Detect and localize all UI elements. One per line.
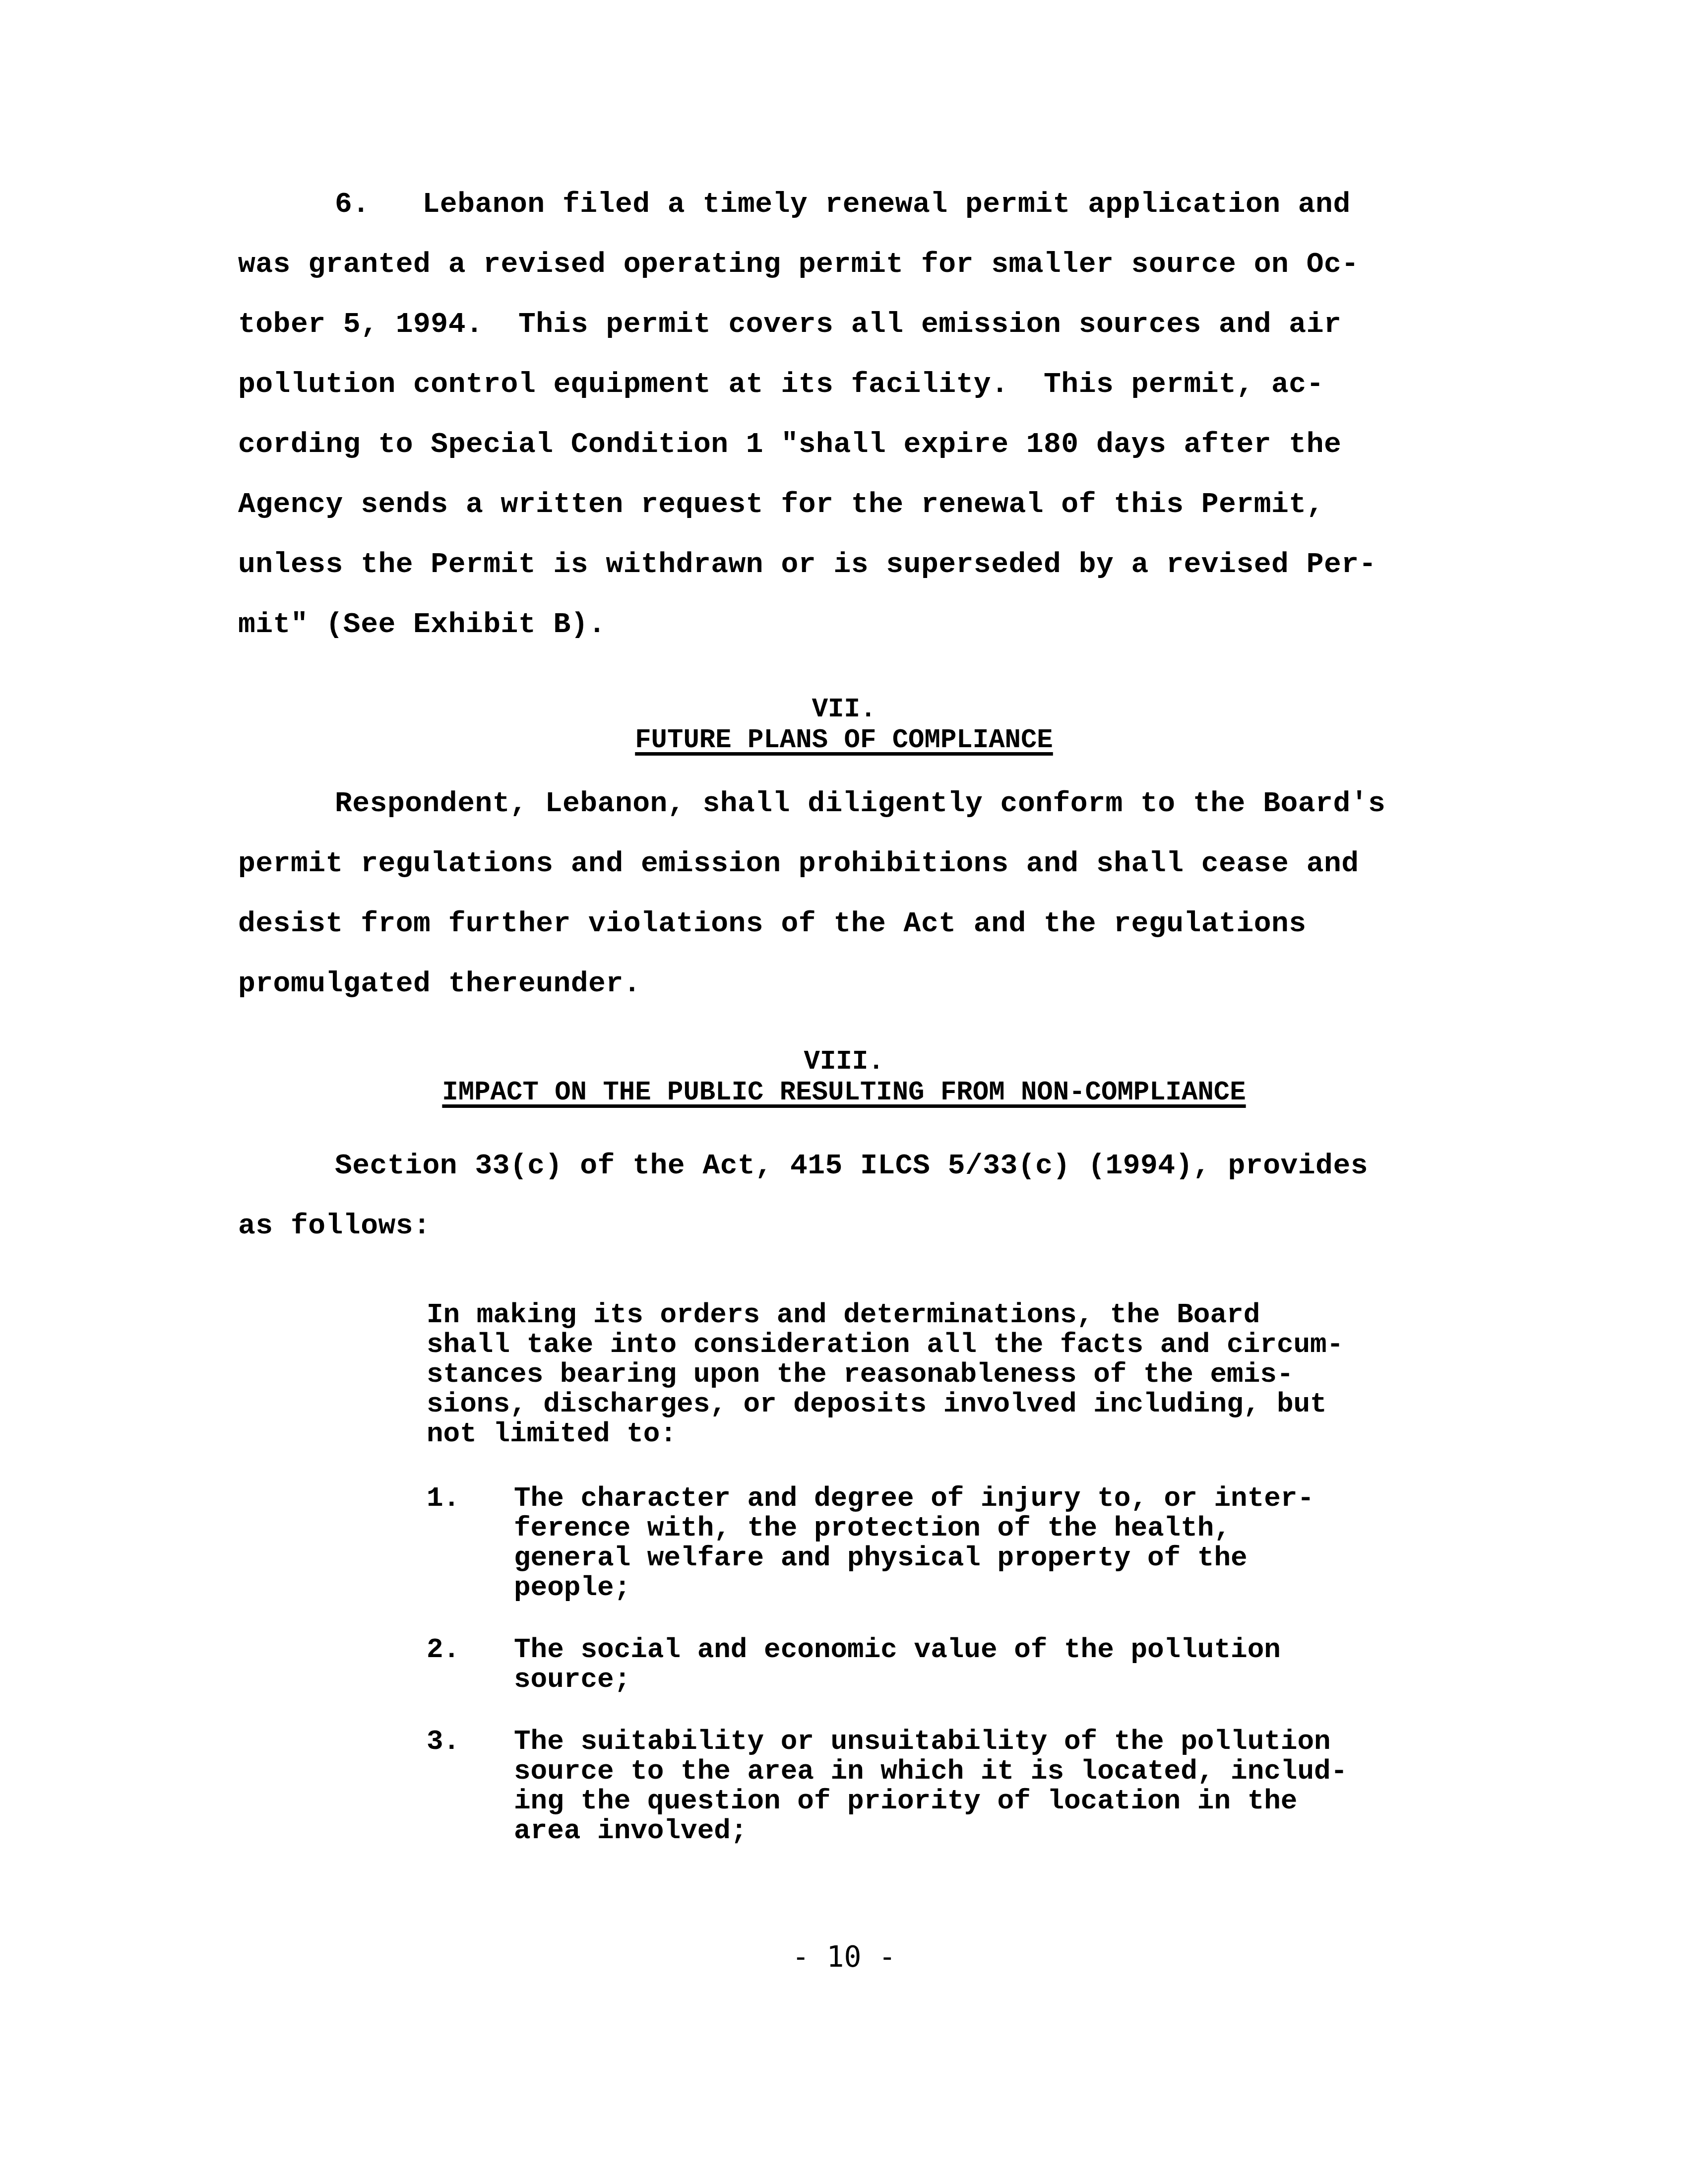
paragraph-6: 6. Lebanon filed a timely renewal permit… xyxy=(238,175,1434,655)
quote-line: In making its orders and determinations,… xyxy=(427,1300,1448,1330)
paragraph-line: permit regulations and emission prohibit… xyxy=(238,834,1434,894)
paragraph-line: mit" (See Exhibit B). xyxy=(238,595,1434,655)
item-body: The social and economic value of the pol… xyxy=(514,1635,1281,1694)
statute-quote: In making its orders and determinations,… xyxy=(427,1300,1448,1449)
item-line: source to the area in which it is locate… xyxy=(514,1756,1347,1786)
item-line: The social and economic value of the pol… xyxy=(514,1635,1281,1665)
paragraph-line: promulgated thereunder. xyxy=(238,954,1434,1014)
page-number: - 10 - xyxy=(0,1940,1688,1974)
paragraph-line: Respondent, Lebanon, shall diligently co… xyxy=(238,774,1434,834)
item-line: ing the question of priority of location… xyxy=(514,1786,1347,1816)
item-line: ference with, the protection of the heal… xyxy=(514,1513,1314,1543)
quote-line: shall take into consideration all the fa… xyxy=(427,1330,1448,1359)
quote-line: stances bearing upon the reasonableness … xyxy=(427,1359,1448,1389)
document-page: 6. Lebanon filed a timely renewal permit… xyxy=(0,0,1688,2184)
paragraph-line: Section 33(c) of the Act, 415 ILCS 5/33(… xyxy=(238,1136,1434,1196)
paragraph-line: Agency sends a written request for the r… xyxy=(238,475,1434,535)
paragraph-line: as follows: xyxy=(238,1196,1434,1256)
section-vii-heading: VII. FUTURE PLANS OF COMPLIANCE xyxy=(0,695,1688,756)
paragraph-line: cording to Special Condition 1 "shall ex… xyxy=(238,415,1434,475)
paragraph-line: tober 5, 1994. This permit covers all em… xyxy=(238,295,1434,355)
item-marker: 1. xyxy=(427,1483,460,1513)
paragraph-line: pollution control equipment at its facil… xyxy=(238,355,1434,415)
paragraph-line: 6. Lebanon filed a timely renewal permit… xyxy=(238,175,1434,235)
section-viii-heading: VIII. IMPACT ON THE PUBLIC RESULTING FRO… xyxy=(0,1047,1688,1108)
paragraph-line: desist from further violations of the Ac… xyxy=(238,894,1434,954)
paragraph-line: unless the Permit is withdrawn or is sup… xyxy=(238,535,1434,595)
paragraph-line: was granted a revised operating permit f… xyxy=(238,235,1434,295)
item-line: The character and degree of injury to, o… xyxy=(514,1483,1314,1513)
section-number: VIII. xyxy=(0,1047,1688,1078)
item-line: The suitability or unsuitability of the … xyxy=(514,1727,1347,1756)
item-line: people; xyxy=(514,1573,1314,1603)
item-line: general welfare and physical property of… xyxy=(514,1543,1314,1573)
item-body: The suitability or unsuitability of the … xyxy=(514,1727,1347,1846)
quote-line: sions, discharges, or deposits involved … xyxy=(427,1389,1448,1419)
item-marker: 3. xyxy=(427,1727,460,1756)
section-vii-body: Respondent, Lebanon, shall diligently co… xyxy=(238,774,1434,1014)
section-viii-body: Section 33(c) of the Act, 415 ILCS 5/33(… xyxy=(238,1136,1434,1256)
item-line: source; xyxy=(514,1665,1281,1694)
item-body: The character and degree of injury to, o… xyxy=(514,1483,1314,1603)
quote-line: not limited to: xyxy=(427,1419,1448,1449)
section-title: FUTURE PLANS OF COMPLIANCE xyxy=(635,725,1053,756)
item-line: area involved; xyxy=(514,1816,1347,1846)
section-number: VII. xyxy=(0,695,1688,725)
section-title: IMPACT ON THE PUBLIC RESULTING FROM NON-… xyxy=(442,1078,1246,1108)
item-marker: 2. xyxy=(427,1635,460,1665)
